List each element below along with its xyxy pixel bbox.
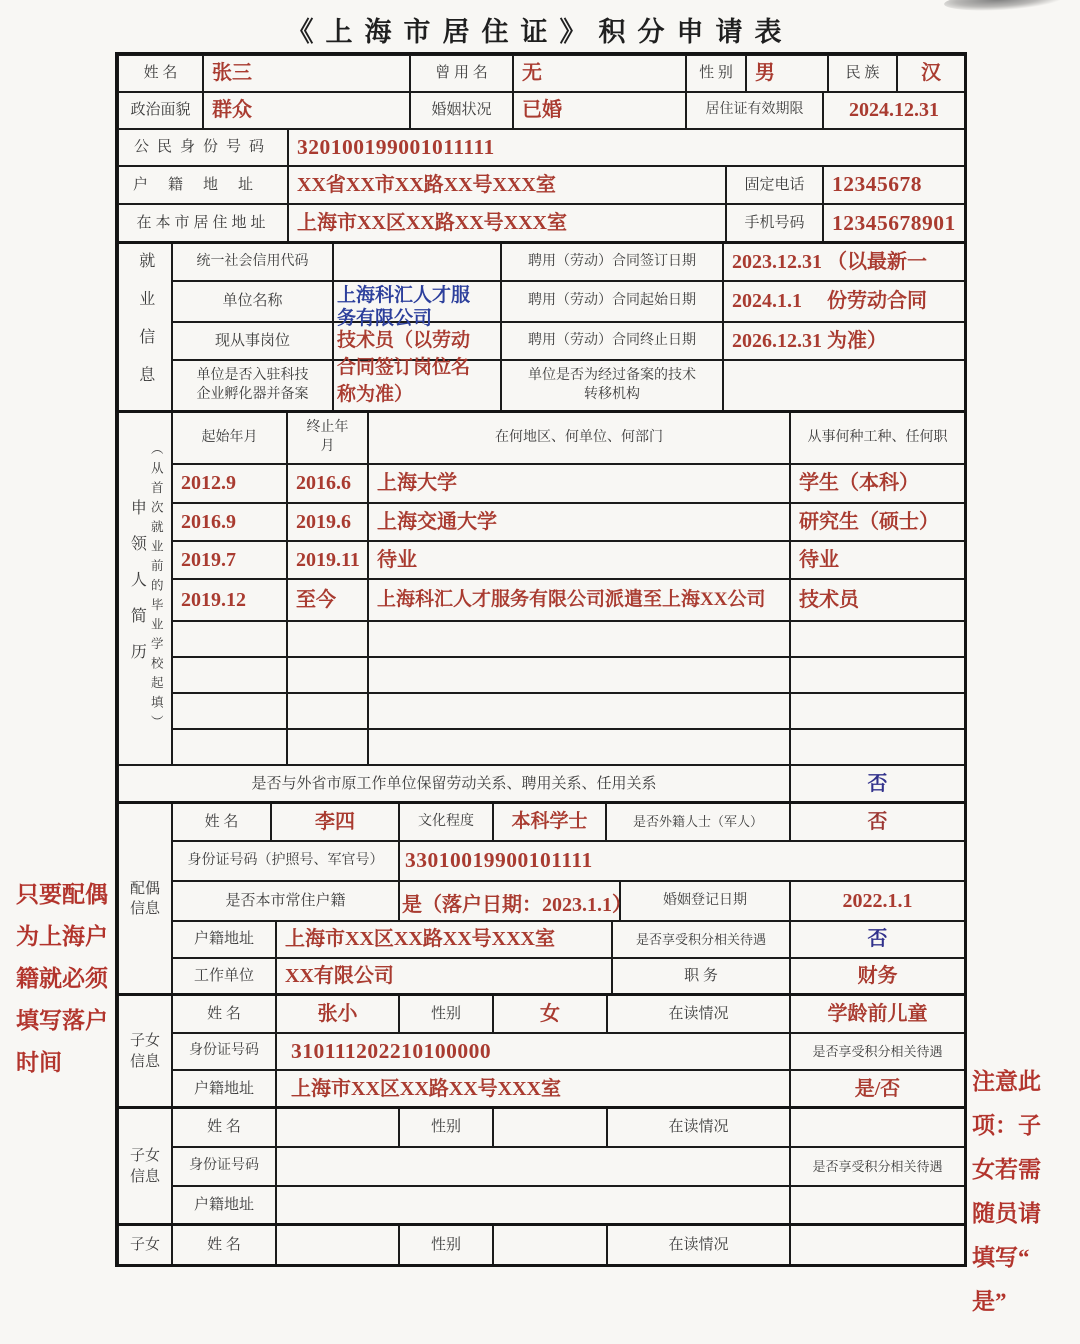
child1-study-value: 学龄前儿童 [790,995,965,1033]
spouse-name-label: 姓 名 [172,803,271,841]
resume-r1-end: 2016.6 [287,464,368,503]
child2-hukou-label: 户籍地址 [172,1186,276,1225]
spouse-name-value: 李四 [271,803,399,841]
form-title: 《上海市居住证》积分申请表 [0,10,1080,49]
contract-sign-date-value: 2023.12.31 （以最新一 [723,243,965,281]
hukou-address-label: 户籍地址 [118,166,288,204]
child2-gender-value [493,1108,607,1147]
name-value: 张三 [203,55,410,92]
marriage-date-label: 婚姻登记日期 [620,881,790,921]
current-position-label: 现从事岗位 [172,322,333,360]
resume-r5-end [287,621,368,657]
permit-validity-value: 2024.12.31 [823,92,965,129]
political-status-label: 政治面貌 [118,92,203,129]
resume-r5-place [368,621,790,657]
resume-r3-start: 2019.7 [172,541,287,579]
left-margin-note: 只要配偶 为上海户 籍就必须 填写落户 时间 [16,874,118,1084]
child1-section-label: 子女 信息 [118,995,172,1108]
resume-section-label: 申领人简历 （从首次就业前的毕业学校起填） [118,412,172,765]
marriage-date-value: 2022.1.1 [790,881,965,921]
scanned-form-page: 《上海市居住证》积分申请表 只要配偶 为上海户 籍就必须 填写落户 时间 注意此… [0,0,1080,1344]
child3-gender-label: 性别 [399,1225,493,1265]
incubator-label: 单位是否入驻科技 企业孵化器并备案 [172,360,333,412]
mobile-value: 12345678901 [823,204,965,243]
resume-r7-place [368,693,790,729]
child1-gender-value: 女 [493,995,607,1033]
section-divider [117,241,965,244]
child2-gender-label: 性别 [399,1108,493,1147]
child2-benefit-value [790,1186,965,1225]
former-name-label: 曾 用 名 [410,55,513,92]
child2-hukou-value [276,1186,790,1225]
child2-study-label: 在读情况 [607,1108,790,1147]
spouse-foreign-value: 否 [790,803,965,841]
spouse-employer-label: 工作单位 [172,958,276,995]
gender-value: 男 [746,55,828,92]
section-divider [117,1223,965,1226]
tech-transfer-value [723,360,965,412]
child3-name-value [276,1225,399,1265]
child2-benefit-label: 是否享受积分相关待遇 [790,1147,965,1186]
spouse-foreign-label: 是否外籍人士（军人） [606,803,790,841]
child1-name-value: 张小 [276,995,399,1033]
resume-r2-job: 研究生（硕士） [790,503,965,541]
contract-end-date-value: 2026.12.31 为准） [723,322,965,360]
child1-id-label: 身份证号码 [172,1033,276,1070]
child1-benefit-label: 是否享受积分相关待遇 [790,1033,965,1070]
political-status-value: 群众 [203,92,410,129]
resume-r6-end [287,657,368,693]
resume-r4-start: 2019.12 [172,579,287,621]
spouse-benefit-label: 是否享受积分相关待遇 [612,921,790,958]
credit-code-label: 统一社会信用代码 [172,243,333,281]
spouse-hukou-address-value: 上海市XX区XX路XX号XXX室 [276,921,612,958]
resume-r8-start [172,729,287,765]
marital-status-label: 婚姻状况 [410,92,513,129]
child3-study-value [790,1225,965,1265]
employment-section-label: 就业信息 [118,243,172,412]
local-address-value: 上海市XX区XX路XX号XXX室 [288,204,726,243]
child1-id-value: 310111202210100000 [276,1033,790,1070]
child3-study-label: 在读情况 [607,1225,790,1265]
resume-r2-end: 2019.6 [287,503,368,541]
spouse-hukou-question-handwriting: 是（落户日期：2023.1.1） [402,888,632,917]
spouse-section-label: 配偶 信息 [118,803,172,995]
landline-value: 12345678 [823,166,965,204]
employer-name-label: 单位名称 [172,281,333,322]
contract-start-date-label: 聘用（劳动）合同起始日期 [501,281,723,322]
resume-header-start: 起始年月 [172,412,287,464]
resume-r5-start [172,621,287,657]
permit-validity-label: 居住证有效期限 [686,92,823,129]
ethnicity-value: 汉 [897,55,965,92]
child2-name-label: 姓 名 [172,1108,276,1147]
spouse-employer-value: XX有限公司 [276,958,612,995]
section-divider [117,993,965,996]
resume-r3-place: 待业 [368,541,790,579]
resume-r7-start [172,693,287,729]
resume-section-text: 申领人简历 [126,499,148,679]
retain-relation-value: 否 [790,765,965,803]
spouse-hukou-question-label: 是否本市常住户籍 [172,881,399,921]
resume-r8-job [790,729,965,765]
mobile-label: 手机号码 [726,204,823,243]
current-position-handwriting: 技术员（以劳动 合同签订岗位名 称为准） [337,327,521,408]
child2-name-value [276,1108,399,1147]
ethnicity-label: 民 族 [828,55,897,92]
child1-hukou-value: 上海市XX区XX路XX号XXX室 [276,1070,790,1108]
tech-transfer-label: 单位是否为经过备案的技术 转移机构 [501,360,723,412]
child2-study-value [790,1108,965,1147]
resume-r4-end: 至今 [287,579,368,621]
child1-study-label: 在读情况 [607,995,790,1033]
child1-benefit-value: 是/否 [790,1070,965,1108]
spouse-job-title-label: 职 务 [612,958,790,995]
retain-relation-label: 是否与外省市原工作单位保留劳动关系、聘用关系、任用关系 [118,765,790,803]
child1-name-label: 姓 名 [172,995,276,1033]
resume-r2-place: 上海交通大学 [368,503,790,541]
employment-section-text: 就业信息 [134,252,156,404]
resume-r3-job: 待业 [790,541,965,579]
right-margin-note: 注意此 项：子 女若需 随员请 填写“ 是” [972,1060,1072,1324]
former-name-value: 无 [513,55,686,92]
resume-r7-end [287,693,368,729]
resume-header-job: 从事何种工种、任何职 [790,412,965,464]
spouse-education-value: 本科学士 [493,803,606,841]
child1-hukou-label: 户籍地址 [172,1070,276,1108]
contract-end-date-label: 聘用（劳动）合同终止日期 [501,322,723,360]
spouse-hukou-address-label: 户籍地址 [172,921,276,958]
child2-section-label: 子女 信息 [118,1108,172,1225]
section-divider [117,1106,965,1109]
contract-start-date-value: 2024.1.1 份劳动合同 [723,281,965,322]
child3-name-label: 姓 名 [172,1225,276,1265]
resume-r8-place [368,729,790,765]
spouse-id-label: 身份证号码（护照号、军官号） [172,841,399,881]
employer-name-handwriting: 上海科汇人才服 务有限公司 [337,284,517,330]
resume-r6-place [368,657,790,693]
resume-r1-place: 上海大学 [368,464,790,503]
resume-r3-end: 2019.11 [287,541,368,579]
child2-id-label: 身份证号码 [172,1147,276,1186]
resume-r7-job [790,693,965,729]
child1-gender-label: 性别 [399,995,493,1033]
resume-r1-job: 学生（本科） [790,464,965,503]
resume-r8-end [287,729,368,765]
child3-gender-value [493,1225,607,1265]
resume-r4-job: 技术员 [790,579,965,621]
resume-r2-start: 2016.9 [172,503,287,541]
name-label: 姓 名 [118,55,203,92]
spouse-job-title-value: 财务 [790,958,965,995]
citizen-id-label: 公民身份号码 [118,129,288,166]
resume-r5-job [790,621,965,657]
spouse-education-label: 文化程度 [399,803,493,841]
gender-label: 性 别 [686,55,746,92]
hukou-address-value: XX省XX市XX路XX号XXX室 [288,166,726,204]
marital-status-value: 已婚 [513,92,686,129]
resume-r4-place: 上海科汇人才服务有限公司派遣至上海XX公司 [368,579,790,621]
section-divider [117,801,965,804]
resume-section-note: （从首次就业前的毕业学校起填） [147,442,164,735]
resume-r1-start: 2012.9 [172,464,287,503]
spouse-benefit-value: 否 [790,921,965,958]
citizen-id-value: 320100199001011111 [288,129,965,166]
resume-header-place: 在何地区、何单位、何部门 [368,412,790,464]
credit-code-value [333,243,501,281]
resume-r6-job [790,657,965,693]
child2-id-value [276,1147,790,1186]
contract-sign-date-label: 聘用（劳动）合同签订日期 [501,243,723,281]
landline-label: 固定电话 [726,166,823,204]
spouse-id-value: 33010019900101111 [399,841,965,881]
resume-r6-start [172,657,287,693]
resume-header-end: 终止年 月 [287,412,368,464]
local-address-label: 在本市居住地址 [118,204,288,243]
child3-section-label: 子女 [118,1225,172,1265]
section-divider [117,410,965,413]
